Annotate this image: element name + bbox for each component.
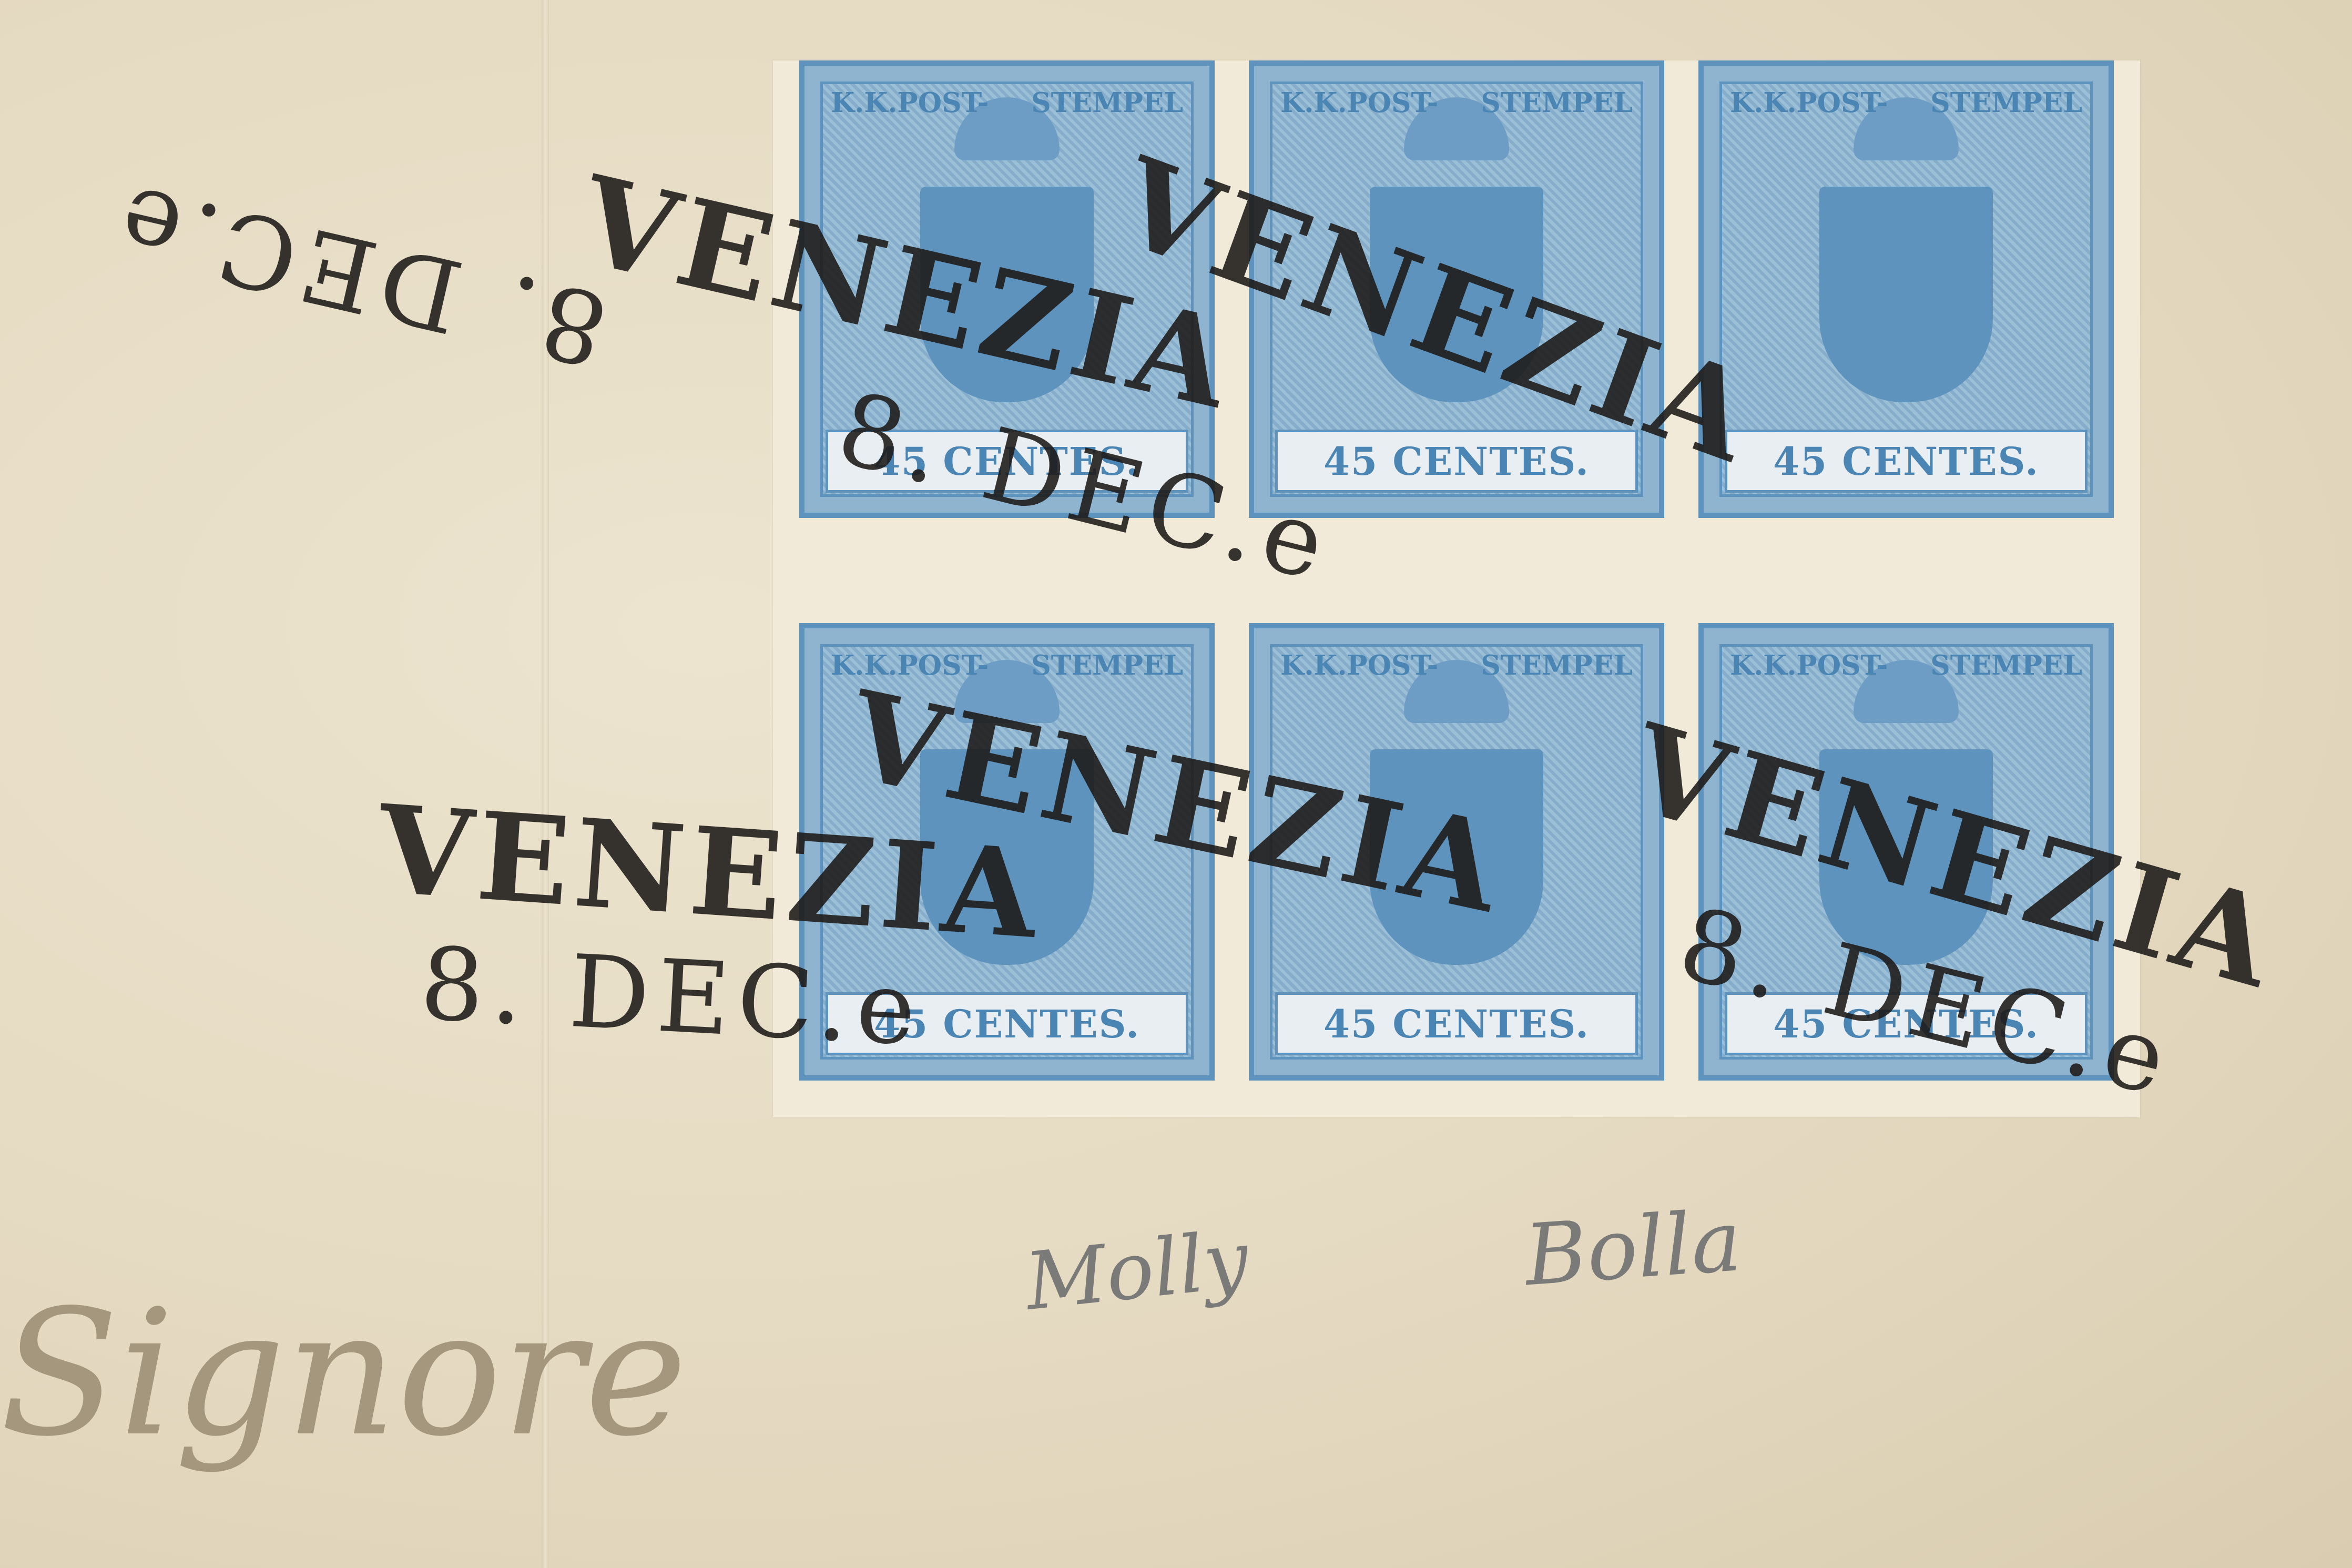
stamp-label: K.K.POST- — [1730, 649, 1888, 681]
stamp-label: STEMPEL — [1930, 649, 2082, 681]
stamp-label: STEMPEL — [1031, 87, 1183, 119]
pencil-signature-2: Bolla — [1522, 1192, 1745, 1305]
stamp-value: 45 CENTES. — [1275, 992, 1638, 1055]
stamp-label: STEMPEL — [1481, 87, 1633, 119]
stamp-label: K.K.POST- — [1280, 87, 1438, 119]
stamp-label: K.K.POST- — [1730, 87, 1888, 119]
handwritten-address: Signore — [0, 1272, 687, 1474]
stamp-value: 45 CENTES. — [1725, 430, 2088, 493]
coat-of-arms-icon — [1819, 187, 1993, 402]
stamp-3: K.K.POST-STEMPEL 45 CENTES. — [1698, 60, 2114, 518]
stamp-label: K.K.POST- — [831, 87, 989, 119]
stamp-label: STEMPEL — [1930, 87, 2082, 119]
stamp-label: K.K.POST- — [1280, 649, 1438, 681]
stamp-label: STEMPEL — [1031, 649, 1183, 681]
stamp-label: STEMPEL — [1481, 649, 1633, 681]
pencil-signature-1: Molly — [1021, 1214, 1253, 1328]
cancel-date: 8. DEC.e — [101, 162, 617, 388]
